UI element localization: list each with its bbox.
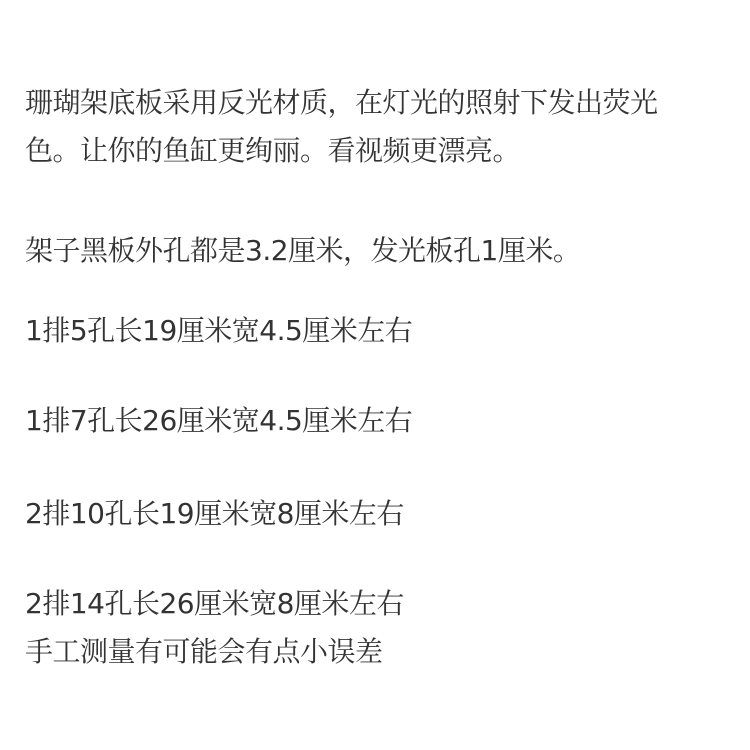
spec-item: 1排7孔长26厘米宽4.5厘米左右 <box>25 401 412 441</box>
spec-item: 2排10孔长19厘米宽8厘米左右 <box>25 494 404 534</box>
spec-item: 1排5孔长19厘米宽4.5厘米左右 <box>25 311 412 351</box>
spec-item: 2排14孔长26厘米宽8厘米左右 <box>25 584 404 624</box>
intro-line-2: 色。让你的鱼缸更绚丽。看视频更漂亮。 <box>25 131 520 171</box>
disclaimer: 手工测量有可能会有点小误差 <box>25 632 383 672</box>
intro-line-1: 珊瑚架底板采用反光材质，在灯光的照射下发出荧光 <box>25 83 658 123</box>
hole-size-note: 架子黑板外孔都是3.2厘米，发光板孔1厘米。 <box>25 231 580 271</box>
